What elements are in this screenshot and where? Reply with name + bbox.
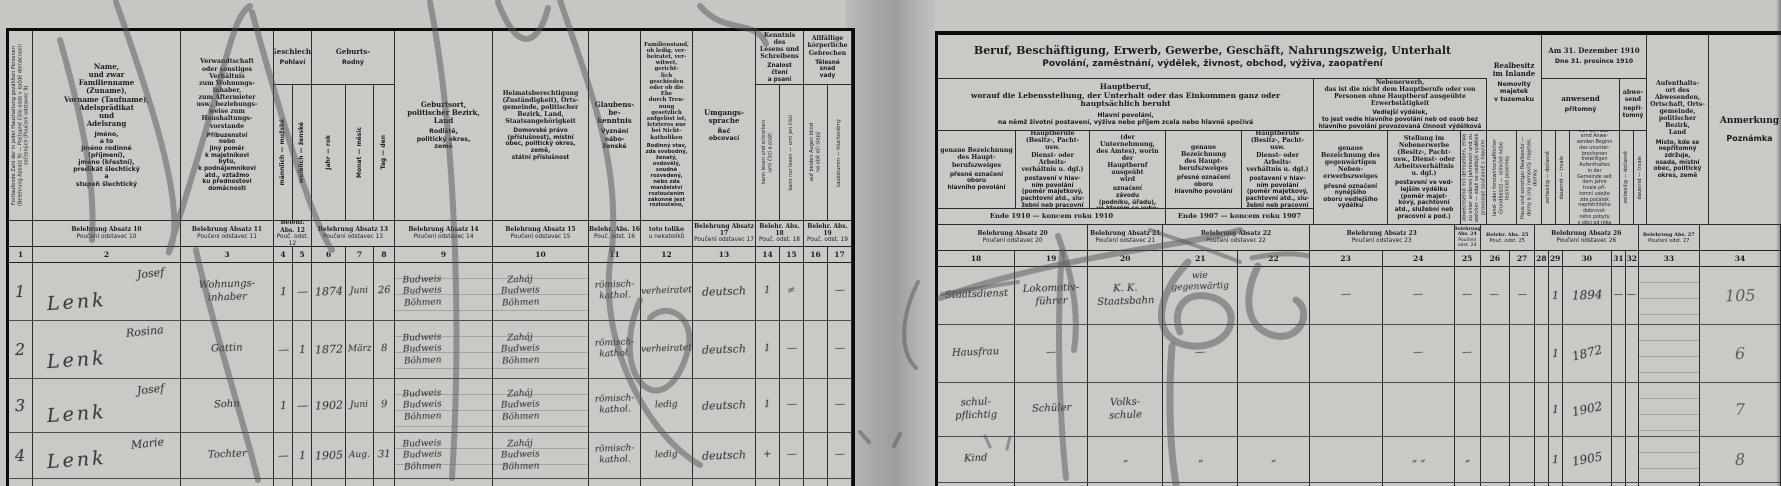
language-column-header: Umgangs- spracheŘeč obcovací	[693, 31, 756, 221]
row4-absent-perm	[1626, 437, 1639, 482]
table-row: 2 RosinaLenk Gattin — 1 1872 März 8 Budw…	[9, 321, 852, 379]
right-instruction-refs-row: Belehrung Absatz 20Poučení odstavec 20 B…	[938, 225, 1781, 251]
ref-col20: Belehrung Absatz 21Poučení odstavec 21	[1088, 225, 1163, 250]
col-number: 16	[804, 247, 828, 262]
ref-col14-15: Belehr. Abs. 18Pouč. odst. 18	[756, 221, 804, 246]
col-number: 3	[181, 247, 274, 262]
row1-sideline-timing: —	[1455, 267, 1481, 324]
page-left: Fortlaufende Zahl der in jeder Haushaltu…	[6, 28, 855, 486]
row4-name: MarieLenk	[33, 433, 181, 478]
disability-group-header: Allfällige körperliche GebrechenTělesné …	[804, 31, 852, 85]
deaf-mute-header: taubstumm — hluchoněmý	[828, 85, 852, 221]
row4-number: 4	[9, 433, 33, 478]
row4-relation: Tochter	[181, 433, 274, 478]
row4-sideline-position: „ „	[1383, 437, 1455, 482]
row3-absent-place	[1639, 383, 1700, 436]
col-number: 9	[395, 247, 493, 262]
row4-birth-month: Aug.	[346, 433, 374, 478]
empty-cell	[293, 479, 312, 486]
ref-col18-19: Belehrung Absatz 20Poučení odstavec 20	[938, 225, 1088, 250]
left-header-grid: Fortlaufende Zahl der in jeder Haushaltu…	[9, 31, 852, 221]
row3-birthplace: Budweis Budweis Böhmen	[395, 379, 493, 432]
col-number: 30	[1563, 251, 1612, 266]
row4-home-right: Zaháj Budweis Böhmen	[493, 433, 589, 478]
col-number: 12	[641, 247, 693, 262]
row1-religion: römisch- kathol.	[589, 263, 641, 320]
row1-home-right: Zaháj Budweis Böhmen	[493, 263, 589, 320]
row1-sideline-branch: —	[1310, 267, 1383, 324]
end-1910-band: Ende 1910 — koncem roku 1910	[938, 209, 1166, 225]
row2-sideline-timing: —	[1455, 325, 1481, 382]
row3-home-right: Zaháj Budweis Böhmen	[493, 379, 589, 432]
row1-birth-day: 26	[374, 263, 395, 320]
ref-col28-32: Belehrung Absatz 26Poučení odstavec 26	[1535, 225, 1639, 250]
row1-literacy-r: ≠	[780, 263, 804, 320]
empty-cell	[9, 479, 33, 486]
ref-col3: Belehrung Absatz 11Poučení odstavec 11	[181, 221, 274, 246]
row4-literacy-r: —	[780, 433, 804, 478]
sex-female-header: weiblich — ženské	[293, 85, 312, 221]
row2-house-property	[1510, 325, 1535, 382]
col-number: 29	[1549, 251, 1563, 266]
empty-cell	[589, 479, 641, 486]
row3-land-property	[1481, 383, 1511, 436]
row1-absent-perm: —	[1626, 267, 1639, 324]
row4-language: deutsch	[693, 433, 756, 478]
row3-occupation-firm: Volks- schule	[1088, 383, 1163, 436]
col-number: 27	[1510, 251, 1535, 266]
row4-note: 8	[1700, 437, 1781, 482]
ref-col25: Belehrung Abs. 24Poučení odst. 24	[1455, 225, 1481, 250]
row3-religion: römisch- kathol.	[589, 379, 641, 432]
empty-cell	[641, 479, 693, 486]
row1-marital-status: verheiratet	[641, 263, 693, 320]
row4-absent-place	[1639, 437, 1700, 482]
row4-birth-year: 1905	[312, 433, 346, 478]
birth-group-header: Geburts-Rodný	[312, 31, 395, 85]
col-number: 18	[938, 251, 1015, 266]
row1-land-property: —	[1481, 267, 1511, 324]
birthplace-column-header: Geburtsort, politischer Bezirk, LandRodi…	[395, 31, 493, 221]
row3-present-perm: 1	[1549, 383, 1563, 436]
ref-col6-8: Belehrung Absatz 13Poučení odstavec 13	[312, 221, 395, 246]
row1-residence-since: 1894	[1563, 267, 1612, 324]
row4-occupation-branch: Kind	[938, 437, 1015, 482]
row2-sex-female: 1	[293, 321, 312, 378]
row4-sex-male: —	[274, 433, 293, 478]
present-group-header: anwesendpřítomný	[1542, 79, 1620, 131]
ref-col16-17: Belehr. Abs. 19Pouč. odst. 19	[804, 221, 852, 246]
end-1907-band: Ende 1907 — koncem roku 1907	[1166, 209, 1314, 225]
main-occupation-group-header: Hauptberuf, worauf die Lebensstellung, d…	[938, 79, 1314, 131]
table-row: Hausfrau — — — — 1 1872 6	[938, 325, 1781, 383]
row2-1907-branch: —	[1163, 325, 1238, 382]
religion-column-header: Glaubens- be- kenntnisVyznání nábo- žens…	[589, 31, 641, 221]
page-right: Beruf, Beschäftigung, Erwerb, Gewerbe, G…	[935, 31, 1781, 486]
row4-land-property	[1481, 437, 1511, 482]
census-form-scan: Fortlaufende Zahl der in jeder Haushaltu…	[0, 0, 1781, 486]
row1-absent-temp: —	[1612, 267, 1626, 324]
row2-1907-position	[1238, 325, 1309, 382]
row2-sex-male: —	[274, 321, 293, 378]
empty-cell	[493, 479, 589, 486]
row3-literacy-r: —	[780, 379, 804, 432]
row2-occupation-position: —	[1015, 325, 1088, 382]
row2-home-right: Zaháj Budweis Böhmen	[493, 321, 589, 378]
ref-blank	[9, 221, 33, 246]
col-number: 7	[346, 247, 374, 262]
row2-blind	[804, 321, 828, 378]
empty-cell	[756, 479, 780, 486]
row4-house-property	[1510, 437, 1535, 482]
row1-literacy-rw: 1	[756, 263, 780, 320]
col-number: 6	[312, 247, 346, 262]
row2-language: deutsch	[693, 321, 756, 378]
col-number: 22	[1238, 251, 1309, 266]
absent-place-header: Aufenthalts- ort des Abwesenden, Ortscha…	[1647, 35, 1709, 225]
sex-group-header: GeschlechtPohlaví	[274, 31, 312, 85]
col-number: 28	[1535, 251, 1549, 266]
row4-marital-status: ledig	[641, 433, 693, 478]
sex-male-header: männlich — mužské	[274, 85, 293, 221]
col-number: 26	[1481, 251, 1511, 266]
main-position-header: Stellung im Hauptberufe (Besitz-, Pacht-…	[1016, 131, 1090, 209]
row4-religion: römisch- kathol.	[589, 433, 641, 478]
row3-sideline-timing	[1455, 383, 1481, 436]
running-number-header: Fortlaufende Zahl der in jeder Haushaltu…	[9, 31, 33, 221]
row1-house-property: —	[1510, 267, 1535, 324]
col-number: 34	[1700, 251, 1781, 266]
ref-col33: Belehrung Abs. 27Poučení odst. 27	[1639, 225, 1700, 250]
side-earning-group-header: Nebenerwerb, das ist die nicht dem Haupt…	[1314, 79, 1487, 131]
row2-note: 6	[1700, 325, 1781, 382]
row4-birth-day: 31	[374, 433, 395, 478]
ref-col4-5: Belehr. Abs. 12Pouč. odst. 12	[274, 221, 312, 246]
empty-cell	[828, 479, 852, 486]
ref-col10: Belehrung Absatz 15Poučení odstavec 15	[493, 221, 589, 246]
row2-sideline-branch	[1310, 325, 1383, 382]
row1-language: deutsch	[693, 263, 756, 320]
row2-present-temp	[1535, 325, 1549, 382]
blind-header: auf beiden Augen blind na obě oči slepý	[804, 85, 828, 221]
row3-sideline-branch	[1310, 383, 1383, 436]
row3-literacy-rw: 1	[756, 379, 780, 432]
table-row: 1 JosefLenk Wohnungs- inhaber 1 — 1874 J…	[9, 263, 852, 321]
row1-name: JosefLenk	[33, 263, 181, 320]
row3-absent-perm	[1626, 383, 1639, 436]
marital-status-column-header: Familienstand, ob ledig, ver- heiratet, …	[641, 31, 693, 221]
row2-birth-day: 8	[374, 321, 395, 378]
row2-religion: römisch- kathol.	[589, 321, 641, 378]
absent-temporary-header: zeitweilig — dočasně	[1620, 131, 1634, 225]
relation-column-header: Verwandtschaft oder sonstiges Verhältnis…	[181, 31, 274, 221]
row1-sideline-position: —	[1383, 267, 1455, 324]
row1-occupation-branch: Staatsdienst	[938, 267, 1015, 324]
row3-present-temp	[1535, 383, 1549, 436]
row1-present-temp	[1535, 267, 1549, 324]
row2-residence-since: 1872	[1563, 325, 1612, 382]
side-position-header: Stellung im Nebenerwerbe (Besitz-, Pacht…	[1388, 131, 1461, 225]
remark-header: AnmerkungPoznámka	[1709, 35, 1781, 225]
row2-absent-temp	[1612, 325, 1626, 382]
col-number: 17	[828, 247, 852, 262]
page-edge-shadow	[1776, 0, 1781, 486]
literacy-read-write-header: kann lesen und schreiben umí čísti a psá…	[756, 85, 780, 221]
row4-1907-branch: „	[1163, 437, 1238, 482]
empty-cell	[312, 479, 346, 486]
row4-1907-position: „	[1238, 437, 1309, 482]
col-number: 23	[1310, 251, 1383, 266]
empty-cell	[33, 479, 181, 486]
ref-col26-27: Belehr. Abs. 25Pouč. odst. 25	[1481, 225, 1535, 250]
birth-month-header: Monat — měsíc	[346, 85, 374, 221]
row3-1907-branch	[1163, 383, 1238, 436]
row3-note: 7	[1700, 383, 1781, 436]
col-number: 8	[374, 247, 395, 262]
occupation-title: Beruf, Beschäftigung, Erwerb, Gewerbe, G…	[938, 35, 1487, 79]
row3-birth-year: 1902	[312, 379, 346, 432]
col-number: 5	[293, 247, 312, 262]
row1-deaf: —	[828, 263, 852, 320]
col-number: 2	[33, 247, 181, 262]
row3-occupation-branch: schul- pflichtig	[938, 383, 1015, 436]
ref-col34	[1700, 225, 1781, 250]
row3-sex-female: —	[293, 379, 312, 432]
row3-occupation-position: Schüler	[1015, 383, 1088, 436]
side-timing-header: Wird der Nebenerwerb gleichzeitig mit d.…	[1461, 131, 1487, 225]
row1-1907-branch: wie gegenwärtig	[1163, 267, 1238, 324]
col-number: 24	[1383, 251, 1455, 266]
col-number: 19	[1015, 251, 1088, 266]
col-number: 32	[1626, 251, 1639, 266]
row4-literacy-rw: +	[756, 433, 780, 478]
absent-permanent-header: dauernd — trvale	[1634, 131, 1647, 225]
row3-birth-month: Juni	[346, 379, 374, 432]
row2-deaf: —	[828, 321, 852, 378]
row1-birth-year: 1874	[312, 263, 346, 320]
row4-residence-since: 1905	[1563, 437, 1612, 482]
row2-absent-place	[1639, 325, 1700, 382]
col-number: 13	[693, 247, 756, 262]
row2-occupation-firm	[1088, 325, 1163, 382]
empty-cell	[395, 479, 493, 486]
row4-blind	[804, 433, 828, 478]
row3-sex-male: 1	[274, 379, 293, 432]
branch-1907-header: genaue Bezeichnung des Haupt- berufszwei…	[1166, 131, 1242, 209]
row2-absent-perm	[1626, 325, 1639, 382]
row2-occupation-branch: Hausfrau	[938, 325, 1015, 382]
col-number: 4	[274, 247, 293, 262]
row4-absent-temp	[1612, 437, 1626, 482]
row3-sideline-position	[1383, 383, 1455, 436]
row2-literacy-rw: 1	[756, 321, 780, 378]
col-number: 21	[1163, 251, 1238, 266]
row1-occupation-firm: K. K. Staatsbahn	[1088, 267, 1163, 324]
row1-birthplace: Budweis Budweis Böhmen	[395, 263, 493, 320]
row3-marital-status: ledig	[641, 379, 693, 432]
row1-number: 1	[9, 263, 33, 320]
row2-relation: Gattin	[181, 321, 274, 378]
row4-occupation-position	[1015, 437, 1088, 482]
row4-present-temp	[1535, 437, 1549, 482]
establishment-header: Bezeichnung des Betriebes (der Unternehm…	[1090, 131, 1166, 209]
row1-present-perm: 1	[1549, 267, 1563, 324]
col-number: 33	[1639, 251, 1700, 266]
row3-birth-day: 9	[374, 379, 395, 432]
ref-col23-24: Belehrung Absatz 23Poučení odstavec 23	[1310, 225, 1455, 250]
house-property-header: Haus und sonstiger Realbesitz — domy a j…	[1517, 131, 1542, 225]
col-number: 11	[589, 247, 641, 262]
empty-cell	[274, 479, 293, 486]
empty-cell	[181, 479, 274, 486]
row4-deaf: —	[828, 433, 852, 478]
literacy-group-header: Kenntnis des Lesens und SchreibensZnalos…	[756, 31, 804, 85]
row1-sex-female: —	[293, 263, 312, 320]
row3-language: deutsch	[693, 379, 756, 432]
row4-present-perm: 1	[1549, 437, 1563, 482]
row2-name: RosinaLenk	[33, 321, 181, 378]
home-right-column-header: Heimatsberechtigung (Zuständigkeit), Ort…	[493, 31, 589, 221]
left-column-numbers-row: 1 2 3 4 5 6 7 8 9 10 11 12 13 14 15 16 1…	[9, 247, 852, 263]
row3-deaf: —	[828, 379, 852, 432]
col-number: 31	[1612, 251, 1626, 266]
row2-marital-status: verheiratet	[641, 321, 693, 378]
position-1907-header: Stellung im Hauptberufe (Besitz-, Pacht-…	[1242, 131, 1314, 209]
residence-since-header: von den dau- ernd Anwe- senden Beginn de…	[1570, 131, 1620, 225]
present-permanent-header: dauernd — trvale	[1556, 131, 1570, 225]
row1-relation: Wohnungs- inhaber	[181, 263, 274, 320]
col-number: 15	[780, 247, 804, 262]
row1-sex-male: 1	[274, 263, 293, 320]
real-estate-group-header: Realbesitz im InlandeNemovitý majetek v …	[1487, 35, 1542, 131]
ref-col2: Belehrung Absatz 10Poučení odstavec 10	[33, 221, 181, 246]
ref-col21-22: Belehrung Absatz 22Poučení odstavec 22	[1163, 225, 1309, 250]
name-column-header: Name, und zwar Familienname (Zuname), Vo…	[33, 31, 181, 221]
birth-day-header: Tag — den	[374, 85, 395, 221]
left-instruction-refs-row: Belehrung Absatz 10Poučení odstavec 10 B…	[9, 221, 852, 247]
land-property-header: land- oder forstwirtschaftlicher Grundbe…	[1487, 131, 1517, 225]
row2-present-perm: 1	[1549, 325, 1563, 382]
row3-absent-temp	[1612, 383, 1626, 436]
literacy-read-only-header: kann nur lesen — umí jen čísti	[780, 85, 804, 221]
row4-sideline-timing: „	[1455, 437, 1481, 482]
ref-col13: Belehrung Absatz 17Poučení odstavec 17	[693, 221, 756, 246]
row1-blind	[804, 263, 828, 320]
empty-cell	[780, 479, 804, 486]
col-number: 1	[9, 247, 33, 262]
book-spine	[846, 0, 935, 486]
table-row: Kind „ „ „ „ „ „ 1 1905 8	[938, 437, 1781, 483]
row1-birth-month: Juni	[346, 263, 374, 320]
row1-1907-position	[1238, 267, 1309, 324]
present-temporary-header: zeitweilig — dočasně	[1542, 131, 1556, 225]
row2-land-property	[1481, 325, 1511, 382]
main-branch-header: genaue Bezeichnung des Haupt- berufszwei…	[938, 131, 1016, 209]
ref-col9: Belehrung Absatz 14Poučení odstavec 14	[395, 221, 493, 246]
absent-group-header: abwe- sendnepří- tomný	[1620, 79, 1647, 131]
empty-cell	[693, 479, 756, 486]
empty-cell	[804, 479, 828, 486]
row4-occupation-firm: „	[1088, 437, 1163, 482]
row2-birth-month: März	[346, 321, 374, 378]
side-branch-header: genaue Bezeichnung des gegenwärtigen Neb…	[1314, 131, 1388, 225]
row2-birthplace: Budweis Budweis Böhmen	[395, 321, 493, 378]
row3-blind	[804, 379, 828, 432]
row3-relation: Sohn	[181, 379, 274, 432]
row3-1907-position	[1238, 383, 1309, 436]
row4-birthplace: Budweis Budweis Böhmen	[395, 433, 493, 478]
row3-name: JosefLenk	[33, 379, 181, 432]
table-row-partial	[9, 479, 852, 486]
birth-year-header: Jahr — rok	[312, 85, 346, 221]
row2-sideline-position: —	[1383, 325, 1455, 382]
right-column-numbers-row: 18 19 20 21 22 23 24 25 26 27 28 29 30 3…	[938, 251, 1781, 267]
row1-absent-place	[1639, 267, 1700, 324]
row4-sideline-branch	[1310, 437, 1383, 482]
row3-residence-since: 1902	[1563, 383, 1612, 436]
row1-occupation-position: Lokomotiv- führer	[1015, 267, 1088, 324]
table-row: Staatsdienst Lokomotiv- führer K. K. Sta…	[938, 267, 1781, 325]
empty-cell	[374, 479, 395, 486]
col-number: 20	[1088, 251, 1163, 266]
right-header-grid: Beruf, Beschäftigung, Erwerb, Gewerbe, G…	[938, 35, 1781, 225]
row2-number: 2	[9, 321, 33, 378]
col-number: 14	[756, 247, 780, 262]
row1-note: 105	[1700, 267, 1781, 324]
row3-number: 3	[9, 379, 33, 432]
row4-sex-female: 1	[293, 433, 312, 478]
census-date-header: Am 31. Dezember 1910Dne 31. prosince 191…	[1542, 35, 1647, 79]
row3-house-property	[1510, 383, 1535, 436]
row2-birth-year: 1872	[312, 321, 346, 378]
table-row: schul- pflichtig Schüler Volks- schule 1…	[938, 383, 1781, 437]
ref-col11: Belehr. Abs. 16Pouč. odst. 16	[589, 221, 641, 246]
col-number: 25	[1455, 251, 1481, 266]
running-number-label: Fortlaufende Zahl der in jeder Haushaltu…	[11, 33, 30, 218]
row2-literacy-r: —	[780, 321, 804, 378]
ref-col12: toto tolikou nekatolíků	[641, 221, 693, 246]
empty-cell	[346, 479, 374, 486]
table-row: 4 MarieLenk Tochter — 1 1905 Aug. 31 Bud…	[9, 433, 852, 479]
col-number: 10	[493, 247, 589, 262]
table-row: 3 JosefLenk Sohn 1 — 1902 Juni 9 Budweis…	[9, 379, 852, 433]
